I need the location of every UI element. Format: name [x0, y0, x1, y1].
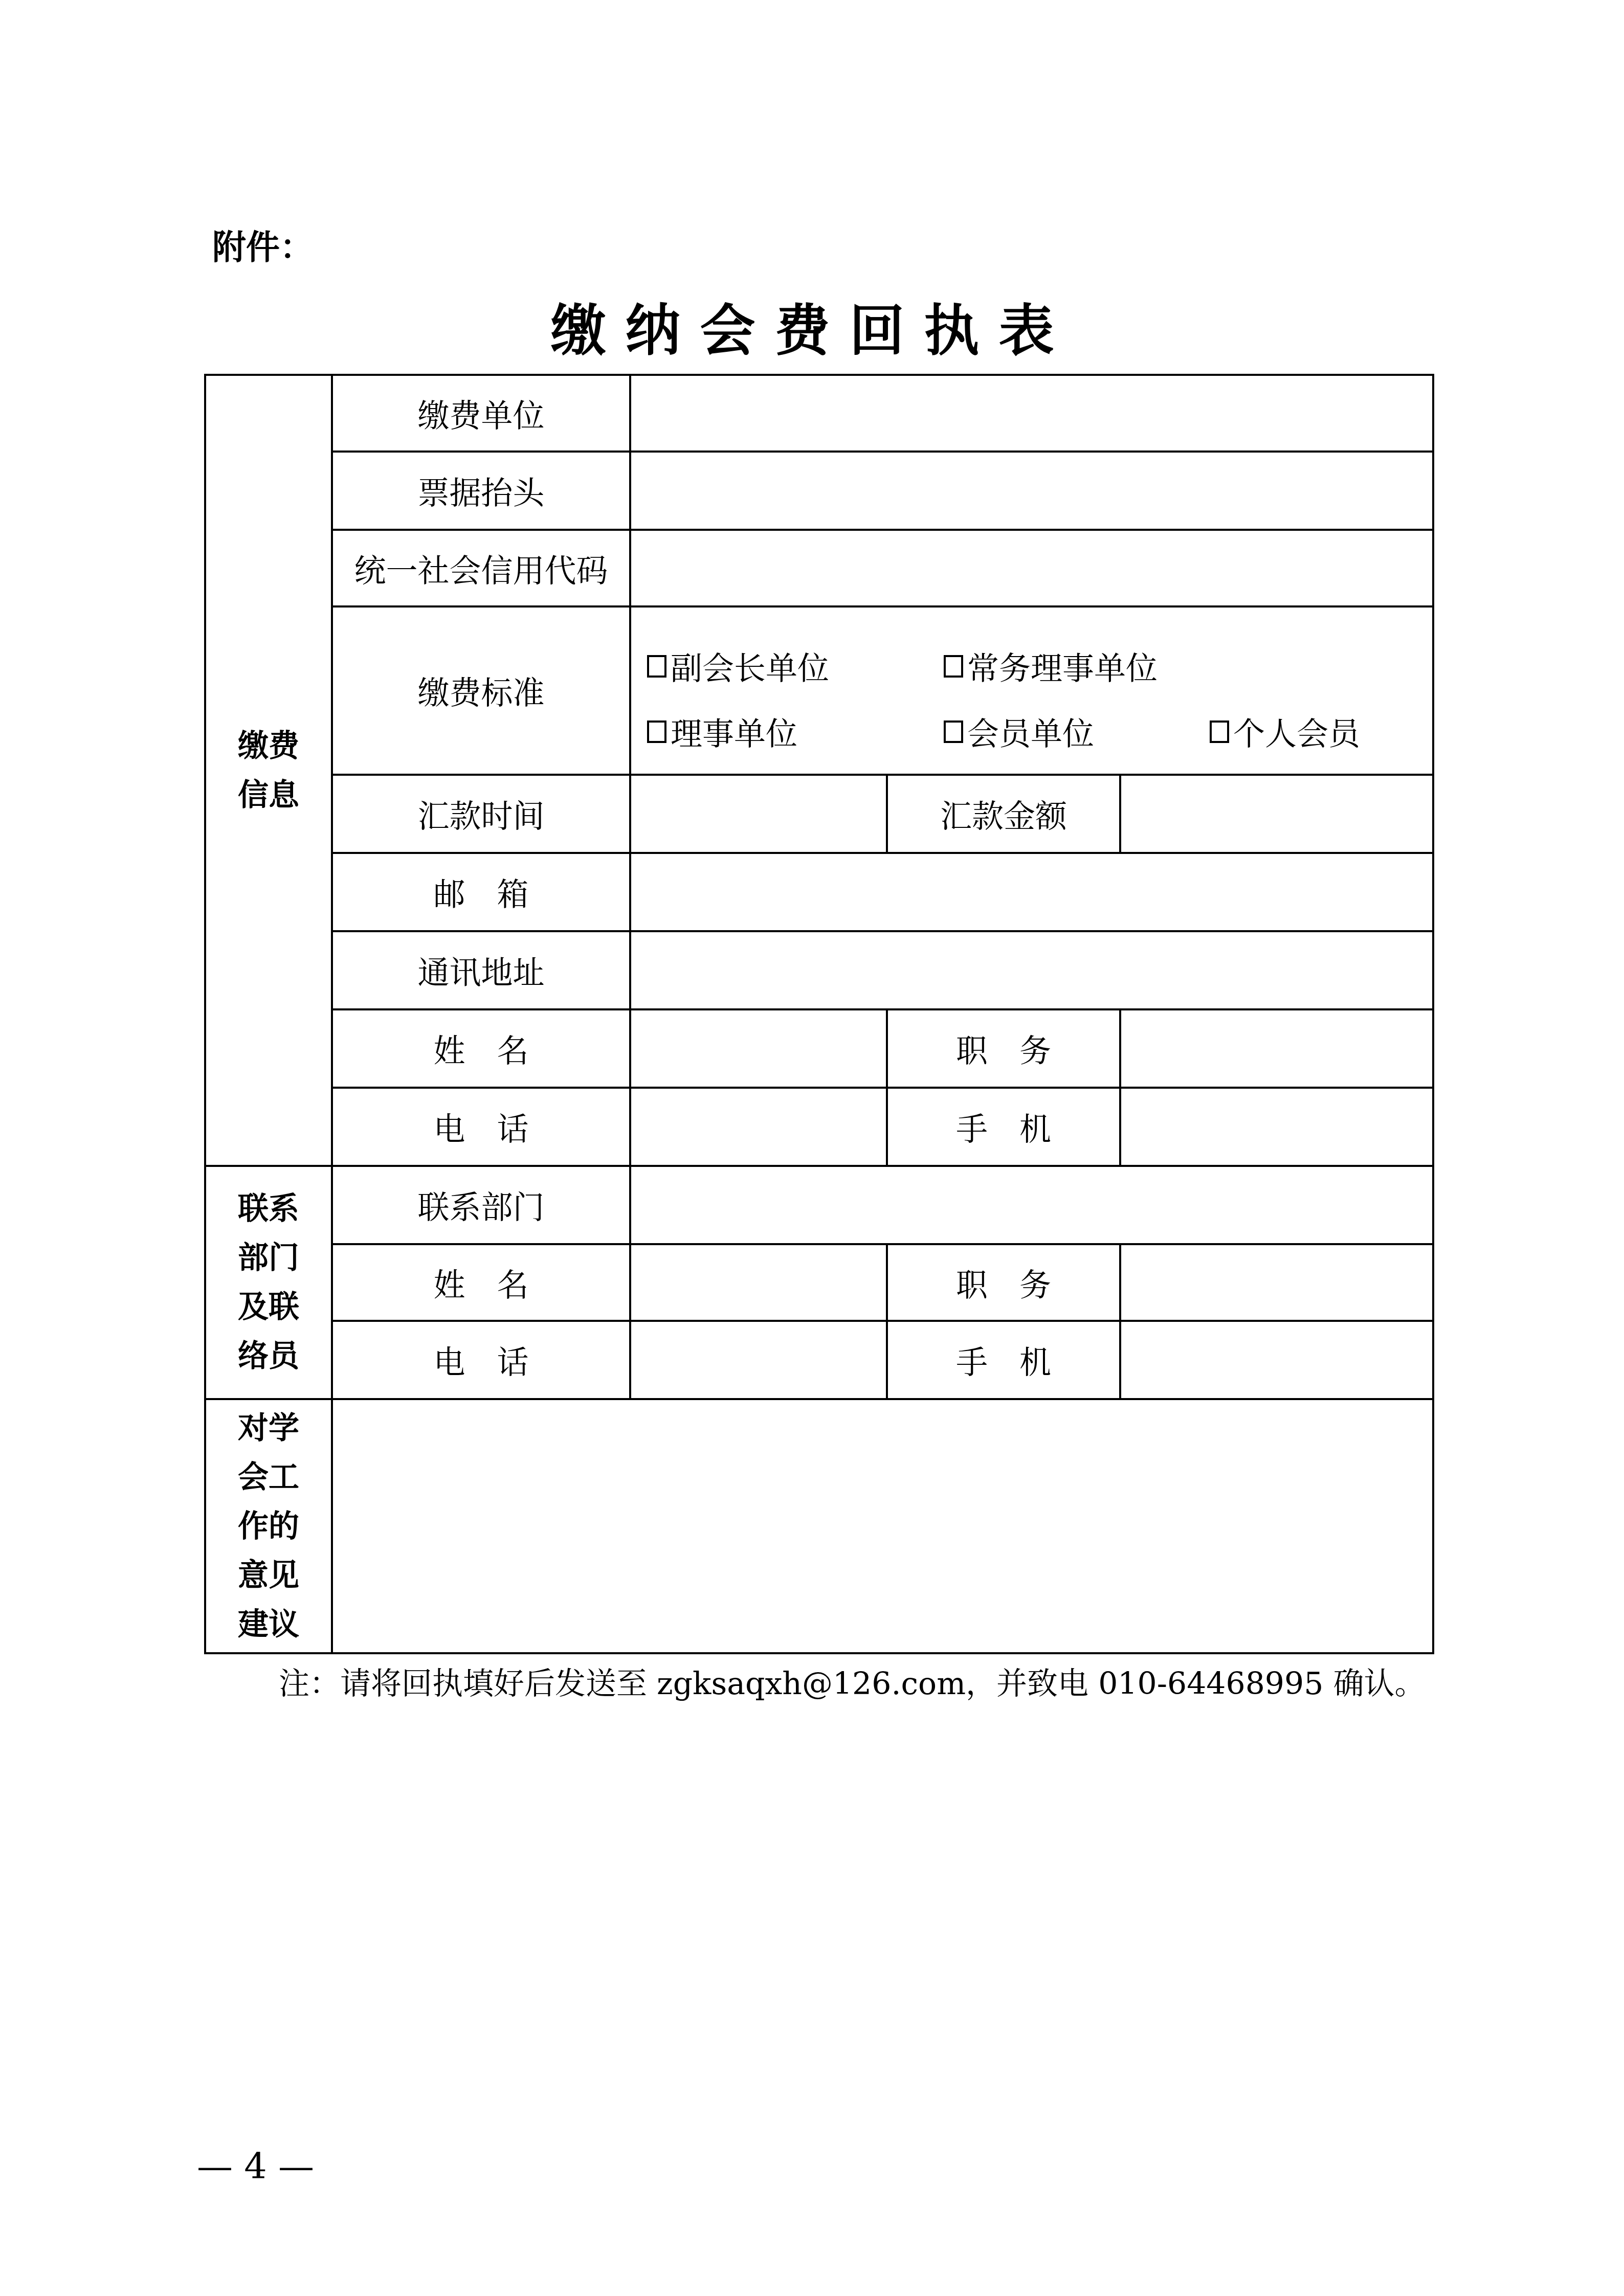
form-title: 缴纳会费回执表 — [0, 286, 1624, 366]
name-field[interactable] — [631, 1010, 886, 1087]
email-field[interactable] — [631, 854, 1432, 930]
label-payer-unit: 缴费单位 — [333, 376, 629, 451]
remit-time-field[interactable] — [631, 776, 886, 852]
attachment-label: 附件： — [212, 220, 314, 268]
label-contact-name: 姓 名 — [333, 1245, 629, 1320]
remit-amount-field[interactable] — [1121, 776, 1432, 852]
phone-field[interactable] — [631, 1089, 886, 1165]
table-border-bottom — [205, 1652, 1434, 1654]
fee-option-director[interactable]: 理事单位 — [647, 709, 797, 754]
label-mobile: 手 机 — [888, 1089, 1119, 1165]
fee-option-label: 副会长单位 — [671, 643, 829, 689]
label-remit-time: 汇款时间 — [333, 776, 629, 852]
group-label-line: 会工 — [238, 1453, 299, 1502]
fee-option-label: 会员单位 — [967, 709, 1094, 754]
group-label-line: 建议 — [238, 1600, 299, 1649]
checkbox-icon[interactable] — [1210, 721, 1229, 743]
label-position: 职 务 — [888, 1010, 1119, 1087]
fee-option-label: 个人会员 — [1233, 709, 1360, 754]
contact-mobile-field[interactable] — [1121, 1322, 1432, 1398]
suggestions-field[interactable] — [333, 1400, 1432, 1652]
fee-option-member-unit[interactable]: 会员单位 — [944, 709, 1094, 754]
group-label-line: 及联 — [238, 1282, 299, 1332]
group-label-line: 部门 — [238, 1233, 299, 1282]
group-label-suggestions: 对学 会工 作的 意见 建议 — [206, 1400, 331, 1652]
label-name: 姓 名 — [333, 1010, 629, 1087]
fee-option-individual[interactable]: 个人会员 — [1210, 709, 1360, 754]
label-contact-dept: 联系部门 — [333, 1167, 629, 1243]
contact-name-field[interactable] — [631, 1245, 886, 1320]
group-label-line: 联系 — [238, 1184, 299, 1233]
label-remit-amount: 汇款金额 — [888, 776, 1119, 852]
fee-option-vice-president[interactable]: 副会长单位 — [647, 643, 829, 689]
label-credit-code: 统一社会信用代码 — [333, 531, 629, 605]
group-label-line: 意见 — [238, 1551, 299, 1600]
group-label-line: 作的 — [238, 1502, 299, 1551]
position-field[interactable] — [1121, 1010, 1432, 1087]
group-label-contact: 联系 部门 及联 络员 — [206, 1167, 331, 1398]
label-address: 通讯地址 — [333, 932, 629, 1008]
label-contact-phone: 电 话 — [333, 1322, 629, 1398]
fee-option-label: 常务理事单位 — [967, 643, 1158, 689]
group-label-payment-info: 缴费 信息 — [206, 376, 331, 1165]
label-email: 邮 箱 — [333, 854, 629, 930]
payer-unit-field[interactable] — [631, 376, 1432, 451]
group-label-line: 对学 — [238, 1404, 299, 1453]
credit-code-field[interactable] — [631, 531, 1432, 605]
checkbox-icon[interactable] — [647, 721, 666, 743]
group-label-line: 络员 — [238, 1332, 299, 1381]
checkbox-icon[interactable] — [944, 655, 963, 678]
group-label-line: 缴费 — [238, 722, 299, 771]
fee-option-label: 理事单位 — [671, 709, 797, 754]
address-field[interactable] — [631, 932, 1432, 1008]
label-invoice-title: 票据抬头 — [333, 453, 629, 529]
label-contact-mobile: 手 机 — [888, 1322, 1119, 1398]
checkbox-icon[interactable] — [647, 655, 666, 678]
table-border-right — [1432, 374, 1434, 1654]
contact-position-field[interactable] — [1121, 1245, 1432, 1320]
page-number: — 4 — — [197, 2145, 314, 2187]
label-fee-standard: 缴费标准 — [333, 607, 629, 774]
checkbox-icon[interactable] — [944, 721, 963, 743]
contact-phone-field[interactable] — [631, 1322, 886, 1398]
contact-dept-field[interactable] — [631, 1167, 1432, 1243]
mobile-field[interactable] — [1121, 1089, 1432, 1165]
label-phone: 电 话 — [333, 1089, 629, 1165]
fee-option-standing-director[interactable]: 常务理事单位 — [944, 643, 1158, 689]
group-label-line: 信息 — [238, 771, 299, 820]
footnote: 注：请将回执填好后发送至 zgksaqxh@126.com，并致电 010-64… — [279, 1659, 1425, 1703]
invoice-title-field[interactable] — [631, 453, 1432, 529]
label-contact-position: 职 务 — [888, 1245, 1119, 1320]
